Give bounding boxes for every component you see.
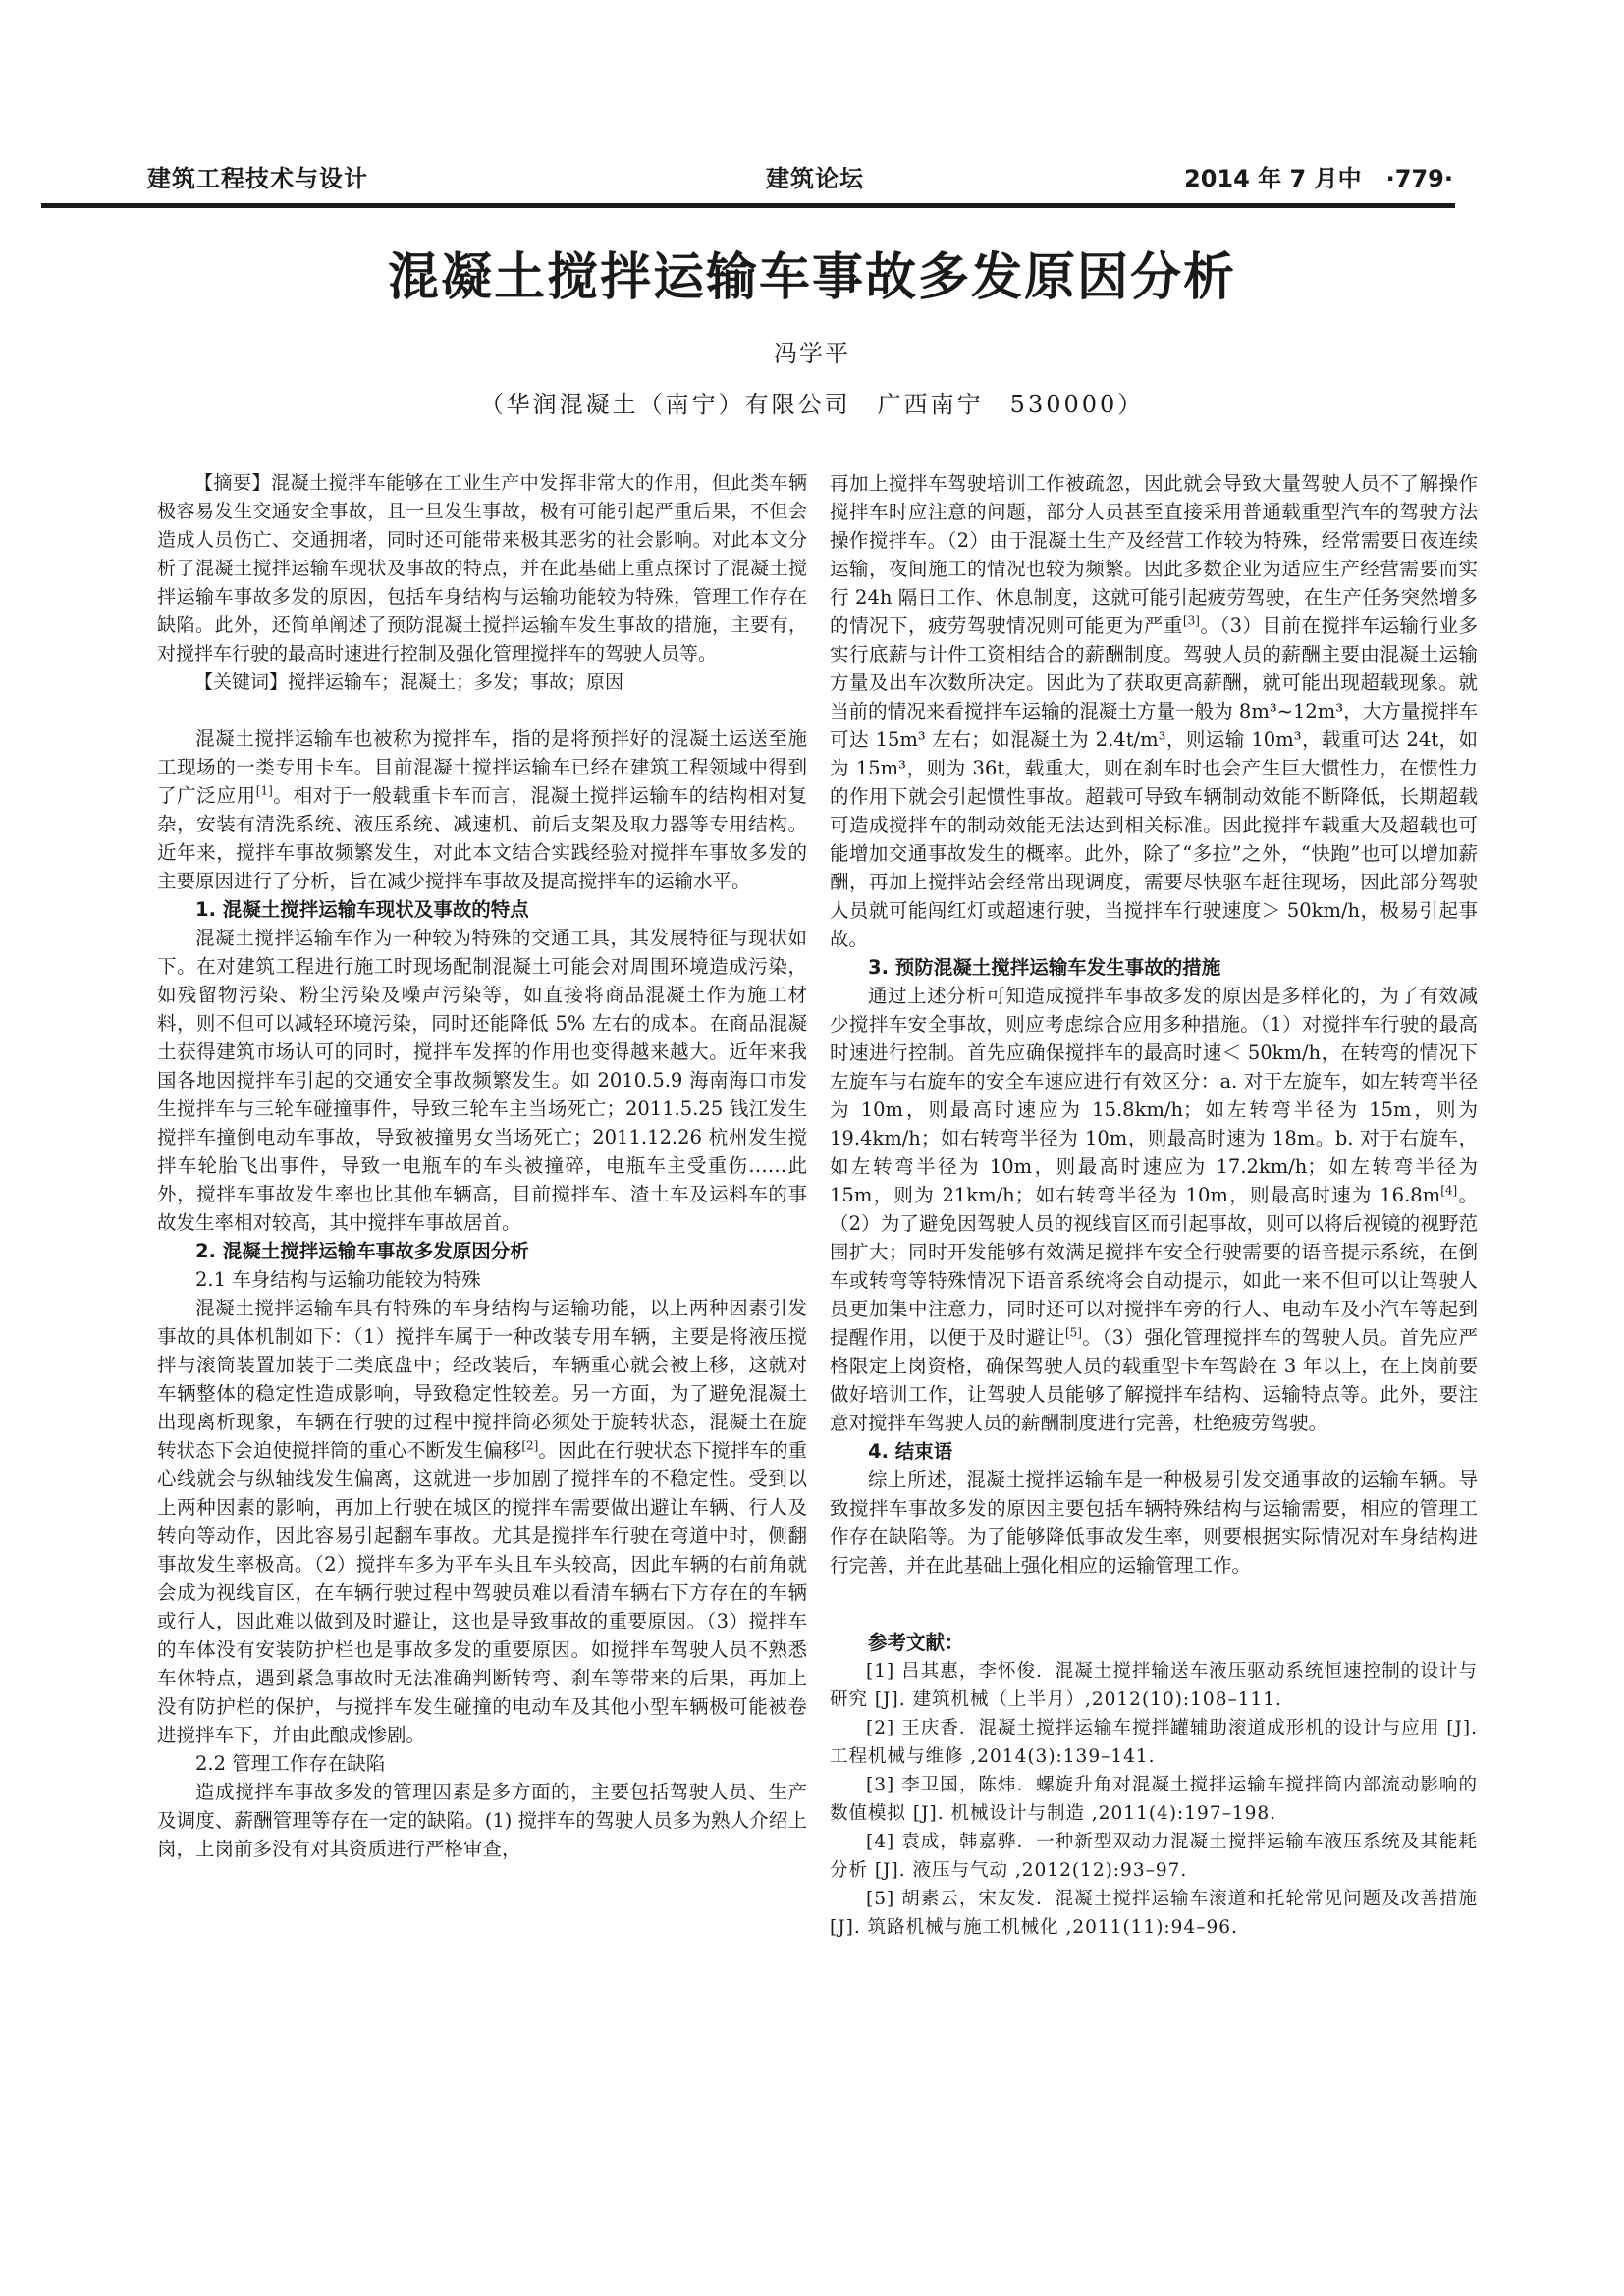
citation-5: [5]	[1065, 1326, 1082, 1340]
section-4-heading: 4. 结束语	[830, 1437, 1478, 1466]
running-header: 建筑工程技术与设计 建筑论坛 2014 年 7 月中 ·779·	[147, 155, 1453, 194]
reference-item: [3] 李卫国，陈炜．螺旋升角对混凝土搅拌运输车搅拌筒内部流动影响的数值模拟 […	[830, 1771, 1478, 1828]
section-2-2-heading: 2.2 管理工作存在缺陷	[157, 1749, 807, 1778]
section-3-heading: 3. 预防混凝土搅拌运输车发生事故的措施	[830, 953, 1478, 982]
reference-item: [5] 胡素云，宋友发．混凝土搅拌运输车滚道和托轮常见问题及改善措施 [J]. …	[830, 1885, 1478, 1942]
section-4-text: 综上所述，混凝土搅拌运输车是一种极易引发交通事故的运输车辆。导致搅拌车事故多发的…	[830, 1466, 1478, 1579]
section-2-2-text-cont: 再加上搅拌车驾驶培训工作被疏忽，因此就会导致大量驾驶人员不了解操作搅拌车时应注意…	[830, 469, 1478, 953]
issue-date: 2014 年 7 月中	[1184, 165, 1362, 192]
section-name: 建筑论坛	[766, 159, 864, 193]
section-2-2-text-start: 造成搅拌车事故多发的管理因素是多方面的，主要包括驾驶人员、生产及调度、薪酬管理等…	[157, 1778, 807, 1863]
citation-4: [4]	[1440, 1184, 1457, 1198]
article-title: 混凝土搅拌运输车事故多发原因分析	[0, 236, 1624, 309]
article-author: 冯学平	[0, 334, 1624, 368]
intro-paragraph: 混凝土搅拌运输车也被称为搅拌车，指的是将预拌好的混凝土运送至施工现场的一类专用卡…	[157, 724, 807, 895]
section-2-1-heading: 2.1 车身结构与运输功能较为特殊	[157, 1265, 807, 1294]
column-right: 再加上搅拌车驾驶培训工作被疏忽，因此就会导致大量驾驶人员不了解操作搅拌车时应注意…	[830, 469, 1478, 1942]
reference-item: [1] 吕其惠，李怀俊．混凝土搅拌输送车液压驱动系统恒速控制的设计与研究 [J]…	[830, 1657, 1478, 1714]
citation-1: [1]	[256, 784, 273, 798]
references-heading: 参考文献：	[830, 1629, 1478, 1657]
journal-name: 建筑工程技术与设计	[147, 159, 368, 193]
header-rule	[41, 203, 1455, 208]
section-3-text: 通过上述分析可知造成搅拌车事故多发的原因是多样化的，为了有效减少搅拌车安全事故，…	[830, 982, 1478, 1437]
reference-item: [4] 袁成，韩嘉骅．一种新型双动力混凝土搅拌运输车液压系统及其能耗分析 [J]…	[830, 1828, 1478, 1885]
column-left: 【摘要】混凝土搅拌车能够在工业生产中发挥非常大的作用，但此类车辆极容易发生交通安…	[157, 469, 807, 1863]
citation-3: [3]	[1183, 614, 1200, 628]
section-2-1-text: 混凝土搅拌运输车具有特殊的车身结构与运输功能，以上两种因素引发事故的具体机制如下…	[157, 1294, 807, 1749]
keywords-text: 搅拌运输车；混凝土；多发；事故；原因	[288, 671, 623, 693]
section-1-heading: 1. 混凝土搅拌运输车现状及事故的特点	[157, 895, 807, 924]
abstract-label: 【摘要】	[194, 472, 271, 494]
citation-2: [2]	[521, 1439, 538, 1453]
abstract-text: 混凝土搅拌车能够在工业生产中发挥非常大的作用，但此类车辆极容易发生交通安全事故，…	[157, 472, 807, 665]
page-number: ·779·	[1386, 165, 1453, 192]
reference-item: [2] 王庆香．混凝土搅拌运输车搅拌罐辅助滚道成形机的设计与应用 [J]. 工程…	[830, 1714, 1478, 1771]
section-1-text: 混凝土搅拌运输车作为一种较为特殊的交通工具，其发展特征与现状如下。在对建筑工程进…	[157, 924, 807, 1237]
keywords: 【关键词】搅拌运输车；混凝土；多发；事故；原因	[157, 668, 807, 697]
abstract: 【摘要】混凝土搅拌车能够在工业生产中发挥非常大的作用，但此类车辆极容易发生交通安…	[157, 469, 807, 668]
issue-and-page: 2014 年 7 月中 ·779·	[1184, 159, 1453, 193]
section-2-heading: 2. 混凝土搅拌运输车事故多发原因分析	[157, 1237, 807, 1265]
author-affiliation: （华润混凝土（南宁）有限公司 广西南宁 530000）	[0, 385, 1624, 419]
keywords-label: 【关键词】	[194, 671, 288, 693]
